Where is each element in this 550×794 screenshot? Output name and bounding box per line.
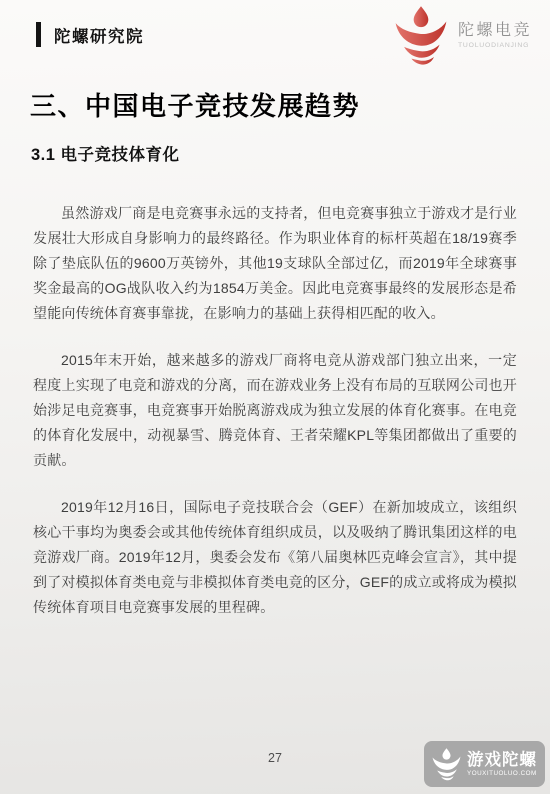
footer-logo-badge: 游戏陀螺 YOUXITUOLUO.COM [424, 741, 545, 787]
logo-subtitle: TUOLUODIANJING [458, 42, 532, 49]
logo-text: 陀螺电竞 TUOLUODIANJING [458, 22, 532, 49]
badge-subtitle: YOUXITUOLUO.COM [467, 770, 537, 777]
page-title: 三、中国电子竞技发展趋势 [30, 86, 360, 123]
header-brand: 陀螺研究院 [36, 22, 144, 47]
section-subtitle: 3.1 电子竞技体育化 [31, 141, 180, 165]
brand-label: 陀螺研究院 [54, 23, 144, 47]
paragraph-1: 虽然游戏厂商是电竞赛事永远的支持者，但电竞赛事独立于游戏才是行业发展壮大形成自身… [33, 201, 517, 326]
logo-name: 陀螺电竞 [458, 22, 532, 40]
spinning-top-icon [390, 4, 452, 66]
report-page: 陀螺研究院 陀螺电竞 TUOLUODIANJING 三、中国电子竞技发展趋势 3… [0, 0, 550, 794]
spinning-top-icon-white [431, 746, 462, 782]
paragraph-2: 2015年末开始，越来越多的游戏厂商将电竞从游戏部门独立出来，一定程度上实现了电… [33, 348, 517, 473]
paragraph-3: 2019年12月16日，国际电子竞技联合会（GEF）在新加坡成立，该组织核心干事… [33, 495, 517, 620]
header-logo: 陀螺电竞 TUOLUODIANJING [390, 4, 532, 66]
brand-bar [36, 22, 41, 47]
body-text: 虽然游戏厂商是电竞赛事永远的支持者，但电竞赛事独立于游戏才是行业发展壮大形成自身… [33, 201, 517, 642]
badge-text: 游戏陀螺 YOUXITUOLUO.COM [467, 751, 537, 777]
badge-name: 游戏陀螺 [467, 751, 537, 769]
